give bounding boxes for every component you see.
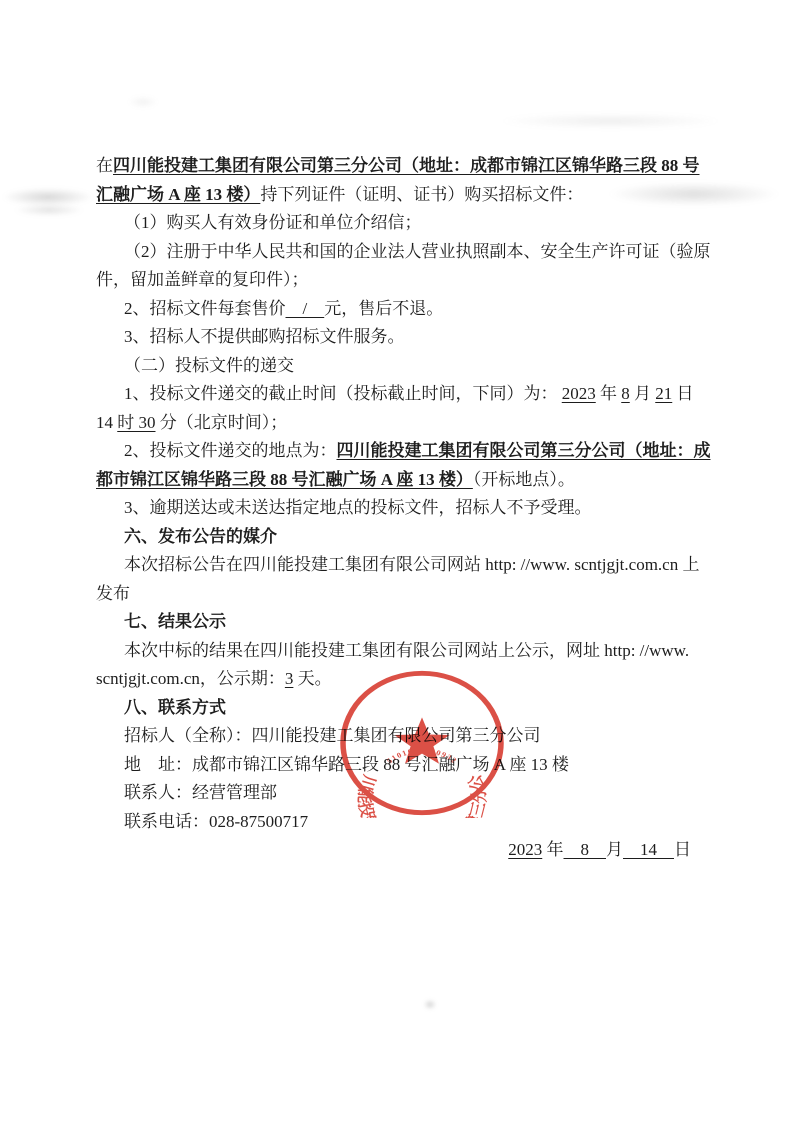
announcement-media-line-1: 本次招标公告在四川能投建工集团有限公司网站 http: //www. scntj… [96, 551, 697, 580]
text-segment: 件，留加盖鲜章的复印件）； [96, 270, 309, 289]
heading-text: 八、联系方式 [124, 698, 226, 717]
deadline-line-1: 1、投标文件递交的截止时间（投标截止时间，下同）为： 2023 年 8 月 21… [96, 380, 697, 409]
document-body: 在四川能投建工集团有限公司第三分公司（地址：成都市锦江区锦华路三段 88 号 汇… [96, 152, 697, 865]
heading-text: 七、结果公示 [124, 612, 226, 631]
text-segment: 天。 [293, 669, 331, 688]
scan-noise-smudge [128, 96, 158, 108]
scan-noise-speck [424, 1000, 436, 1009]
text-segment: 2、投标文件递交的地点为： [124, 441, 337, 460]
text-segment: 年 [542, 840, 563, 859]
underlined-fill: 21 [655, 384, 672, 403]
item-no-mail-order: 3、招标人不提供邮购招标文件服务。 [96, 323, 697, 352]
underlined-fill: 时 30 [117, 413, 155, 432]
underlined-fill: 都市锦江区锦华路三段 88 号汇融广场 A 座 13 楼） [96, 470, 473, 489]
underlined-fill: 2023 [562, 384, 596, 403]
date-line: 2023 年 8 月 14 日 [96, 836, 697, 865]
result-publicity-line-1: 本次中标的结果在四川能投建工集团有限公司网站上公示，网址 http: //www… [96, 637, 697, 666]
underlined-fill: 14 [623, 840, 674, 859]
text-segment: 日 [672, 384, 693, 403]
deadline-line-2: 14 时 30 分（北京时间）； [96, 409, 697, 438]
heading-announcement-media: 六、发布公告的媒介 [96, 523, 697, 552]
heading-result-publicity: 七、结果公示 [96, 608, 697, 637]
text-segment: （2）注册于中华人民共和国的企业法人营业执照副本、安全生产许可证（验原 [124, 242, 711, 261]
scan-noise-smudge [498, 113, 723, 129]
text-segment: 发布 [96, 584, 130, 603]
text-segment: 地 址：成都市锦江区锦华路三段 88 号汇融广场 A 座 13 楼 [124, 755, 569, 774]
result-publicity-line-2: scntjgjt.com.cn，公示期：3 天。 [96, 665, 697, 694]
contact-person: 联系人：经营管理部 [96, 779, 697, 808]
text-segment: scntjgjt.com.cn，公示期： [96, 669, 285, 688]
heading-contact: 八、联系方式 [96, 694, 697, 723]
text-segment: 1、投标文件递交的截止时间（投标截止时间，下同）为： [124, 384, 562, 403]
purchase-location-line-2: 汇融广场 A 座 13 楼）持下列证件（证明、证书）购买招标文件： [96, 181, 697, 210]
text-segment: 本次中标的结果在四川能投建工集团有限公司网站上公示，网址 http: //www… [124, 641, 689, 660]
scan-noise-smudge [2, 188, 94, 206]
text-segment: 联系人：经营管理部 [124, 783, 277, 802]
text-segment: 月 [606, 840, 623, 859]
text-segment: 分（北京时间）； [156, 413, 288, 432]
text-segment: （1）购买人有效身份证和单位介绍信； [124, 213, 422, 232]
item-buyer-id: （1）购买人有效身份证和单位介绍信； [96, 209, 697, 238]
heading-bid-submission: （二）投标文件的递交 [96, 352, 697, 381]
text-segment: （二）投标文件的递交 [124, 356, 294, 375]
underlined-fill: / [286, 299, 325, 318]
scan-noise-smudge [14, 204, 84, 216]
submission-place-line-2: 都市锦江区锦华路三段 88 号汇融广场 A 座 13 楼）（开标地点）。 [96, 466, 697, 495]
text-segment: 元，售后不退。 [324, 299, 443, 318]
scanned-tender-document-page: { "doc": { "l1": {"s0": "在", "s1": "四川能投… [0, 0, 793, 1121]
underlined-fill: 2023 [508, 840, 542, 859]
text-segment: 本次招标公告在四川能投建工集团有限公司网站 http: //www. scntj… [124, 555, 699, 574]
item-business-license-2: 件，留加盖鲜章的复印件）； [96, 266, 697, 295]
text-segment: 联系电话：028-87500717 [124, 812, 308, 831]
underlined-fill: 8 [621, 384, 630, 403]
announcement-media-line-2: 发布 [96, 580, 697, 609]
text-segment: 日 [674, 840, 691, 859]
contact-phone: 联系电话：028-87500717 [96, 808, 697, 837]
underlined-fill: 8 [564, 840, 607, 859]
item-doc-price: 2、招标文件每套售价 / 元，售后不退。 [96, 295, 697, 324]
text-segment: 2、招标文件每套售价 [124, 299, 286, 318]
purchase-location-line-1: 在四川能投建工集团有限公司第三分公司（地址：成都市锦江区锦华路三段 88 号 [96, 152, 697, 181]
underlined-fill: 汇融广场 A 座 13 楼） [96, 185, 260, 204]
contact-tenderer: 招标人（全称）：四川能投建工集团有限公司第三分公司 [96, 722, 697, 751]
text-segment: 3、招标人不提供邮购招标文件服务。 [124, 327, 405, 346]
contact-address: 地 址：成都市锦江区锦华路三段 88 号汇融广场 A 座 13 楼 [96, 751, 697, 780]
text-segment: 在 [96, 156, 113, 175]
text-segment: （开标地点）。 [473, 470, 575, 489]
text-segment: 持下列证件（证明、证书）购买招标文件： [260, 185, 583, 204]
item-business-license-1: （2）注册于中华人民共和国的企业法人营业执照副本、安全生产许可证（验原 [96, 238, 697, 267]
submission-place-line-1: 2、投标文件递交的地点为：四川能投建工集团有限公司第三分公司（地址：成 [96, 437, 697, 466]
heading-text: 六、发布公告的媒介 [124, 527, 277, 546]
underlined-fill: 四川能投建工集团有限公司第三分公司（地址：成 [337, 441, 711, 460]
underlined-fill: 四川能投建工集团有限公司第三分公司（地址：成都市锦江区锦华路三段 88 号 [113, 156, 700, 175]
item-late-delivery: 3、逾期送达或未送达指定地点的投标文件，招标人不予受理。 [96, 494, 697, 523]
text-segment: 14 [96, 413, 117, 432]
text-segment: 3、逾期送达或未送达指定地点的投标文件，招标人不予受理。 [124, 498, 592, 517]
text-segment: 年 [596, 384, 622, 403]
text-segment: 月 [630, 384, 656, 403]
text-segment: 招标人（全称）：四川能投建工集团有限公司第三分公司 [124, 726, 541, 745]
